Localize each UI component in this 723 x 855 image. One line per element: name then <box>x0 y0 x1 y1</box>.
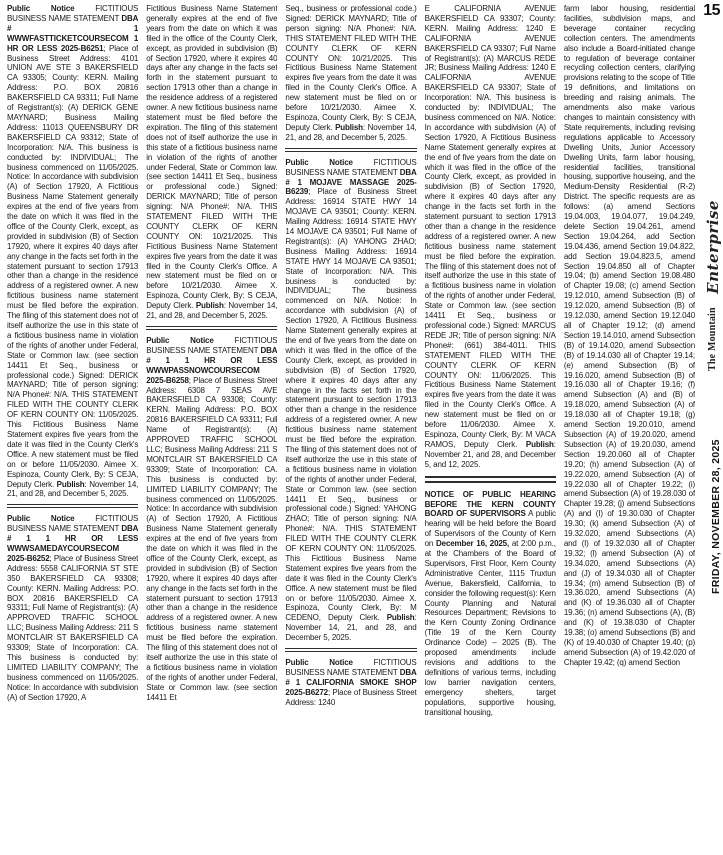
notice-divider <box>285 648 416 652</box>
page-edge-strip: 15 The Mountain Enterprise FRIDAY, NOVEM… <box>697 0 723 855</box>
notice-divider <box>146 326 277 330</box>
newspaper-page: Public Notice FICTITIOUS BUSINESS NAME S… <box>0 0 723 855</box>
notice-divider <box>285 148 416 152</box>
news-column-5: farm labor housing, residential faciliti… <box>564 4 695 853</box>
legal-notice-text: Public Notice FICTITIOUS BUSINESS NAME S… <box>7 514 138 702</box>
legal-notice-text: E CALIFORNIA AVENUE BAKERSFIELD CA 93307… <box>425 4 556 470</box>
legal-notices-columns: Public Notice FICTITIOUS BUSINESS NAME S… <box>7 4 695 853</box>
legal-notice-text: Fictitious Business Name Statement gener… <box>146 4 277 321</box>
dateline: FRIDAY, NOVEMBER 28, 2025 <box>710 422 722 612</box>
legal-notice-text: Public Notice FICTITIOUS BUSINESS NAME S… <box>285 658 416 708</box>
legal-notice-text: Public Notice FICTITIOUS BUSINESS NAME S… <box>7 4 138 499</box>
masthead-prefix: The Mountain <box>707 307 718 371</box>
legal-notice-text: NOTICE OF PUBLIC HEARING BEFORE THE KERN… <box>425 490 556 718</box>
page-number: 15 <box>703 2 720 20</box>
masthead-brand: Enterprise <box>704 200 722 294</box>
legal-notice-text: Public Notice FICTITIOUS BUSINESS NAME S… <box>146 336 277 703</box>
news-column-4: E CALIFORNIA AVENUE BAKERSFIELD CA 93307… <box>425 4 556 853</box>
notice-divider <box>7 504 138 508</box>
news-column-2: Fictitious Business Name Statement gener… <box>146 4 277 853</box>
legal-notice-text: Public Notice FICTITIOUS BUSINESS NAME S… <box>285 158 416 643</box>
masthead: The Mountain Enterprise <box>704 148 722 423</box>
notice-divider <box>425 476 556 483</box>
news-column-1: Public Notice FICTITIOUS BUSINESS NAME S… <box>7 4 138 853</box>
legal-notice-text: farm labor housing, residential faciliti… <box>564 4 695 668</box>
legal-notice-text: Seq., business or professional code.) Si… <box>285 4 416 143</box>
news-column-3: Seq., business or professional code.) Si… <box>285 4 416 853</box>
